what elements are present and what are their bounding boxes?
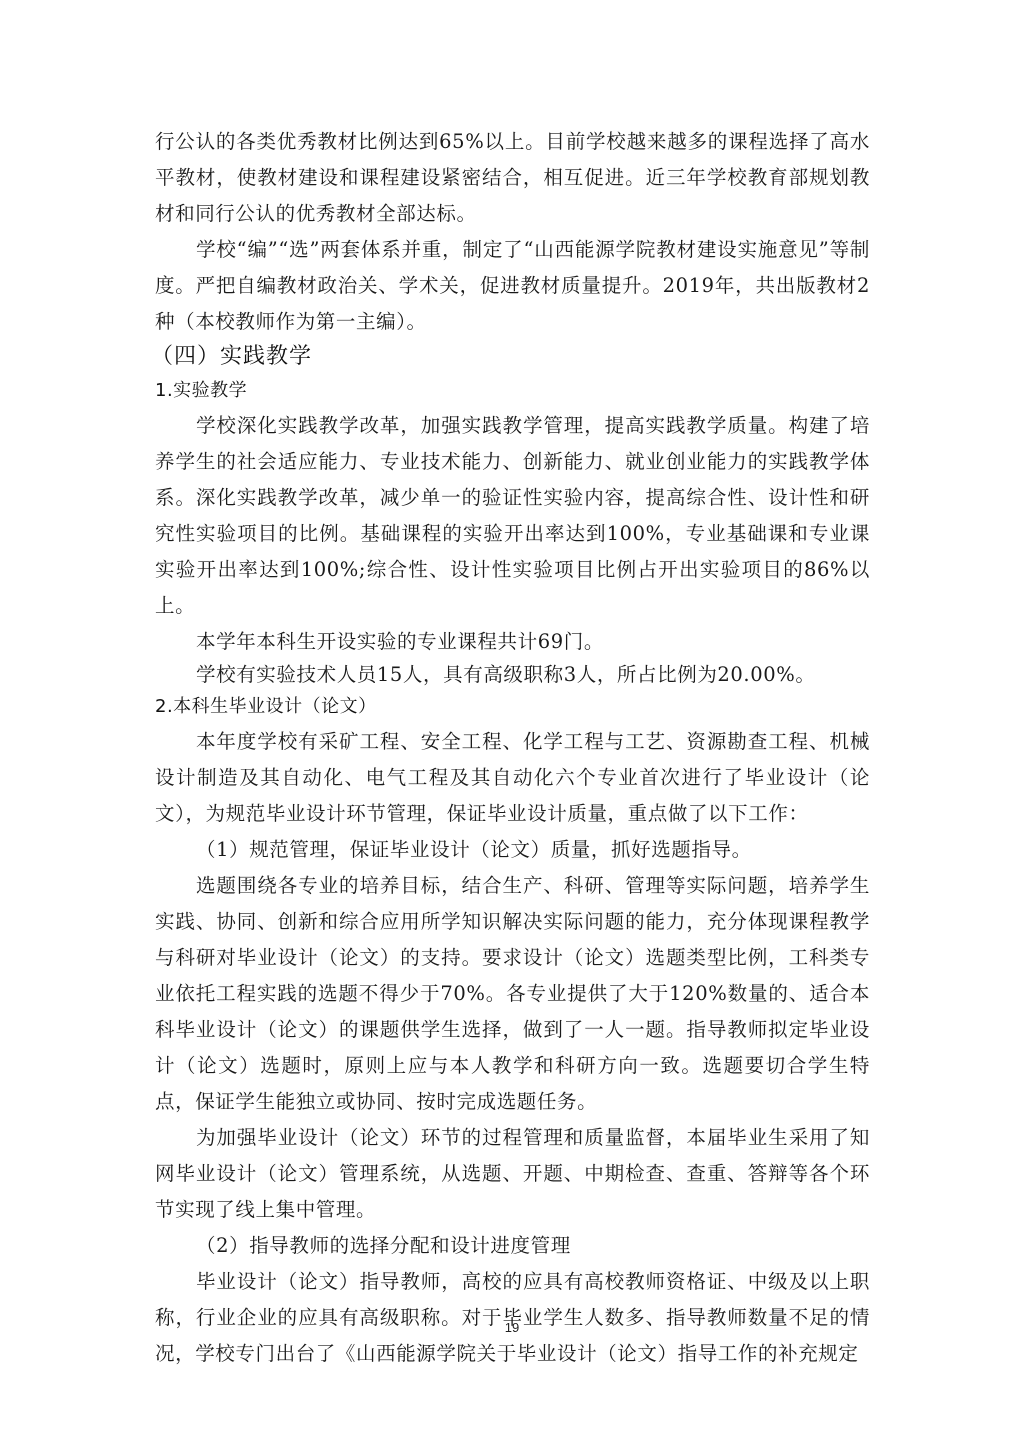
item-2-title: （2）指导教师的选择分配和设计进度管理 — [155, 1228, 870, 1264]
continuation-paragraph: 行公认的各类优秀教材比例达到65%以上。目前学校越来越多的课程选择了高水平教材，… — [155, 124, 870, 232]
page-number: 19 — [0, 1320, 1024, 1335]
item-1-title: （1）规范管理，保证毕业设计（论文）质量，抓好选题指导。 — [155, 832, 870, 868]
experimental-teaching-paragraph: 学校深化实践教学改革，加强实践教学管理，提高实践教学质量。构建了培养学生的社会适… — [155, 408, 870, 624]
lab-staff-paragraph: 学校有实验技术人员15人，具有高级职称3人，所占比例为20.00%。 — [155, 660, 870, 690]
page-content: 行公认的各类优秀教材比例达到65%以上。目前学校越来越多的课程选择了高水平教材，… — [155, 124, 870, 1372]
document-page: 行公认的各类优秀教材比例达到65%以上。目前学校越来越多的课程选择了高水平教材，… — [0, 0, 1024, 1448]
process-management-paragraph: 为加强毕业设计（论文）环节的过程管理和质量监督，本届毕业生采用了知网毕业设计（论… — [155, 1120, 870, 1228]
section-heading-practical-teaching: （四）实践教学 — [151, 342, 870, 372]
advisor-qualification-paragraph: 毕业设计（论文）指导教师，高校的应具有高校教师资格证、中级及以上职称，行业企业的… — [155, 1264, 870, 1372]
subsection-heading-experimental-teaching: 1.实验教学 — [155, 376, 870, 406]
experimental-courses-paragraph: 本学年本科生开设实验的专业课程共计69门。 — [155, 624, 870, 660]
graduation-design-intro-paragraph: 本年度学校有采矿工程、安全工程、化学工程与工艺、资源勘查工程、机械设计制造及其自… — [155, 724, 870, 832]
textbook-system-paragraph: 学校“编”“选”两套体系并重，制定了“山西能源学院教材建设实施意见”等制度。严把… — [155, 232, 870, 340]
subsection-heading-graduation-design: 2.本科生毕业设计（论文） — [155, 692, 870, 722]
topic-selection-paragraph: 选题围绕各专业的培养目标，结合生产、科研、管理等实际问题，培养学生实践、协同、创… — [155, 868, 870, 1120]
